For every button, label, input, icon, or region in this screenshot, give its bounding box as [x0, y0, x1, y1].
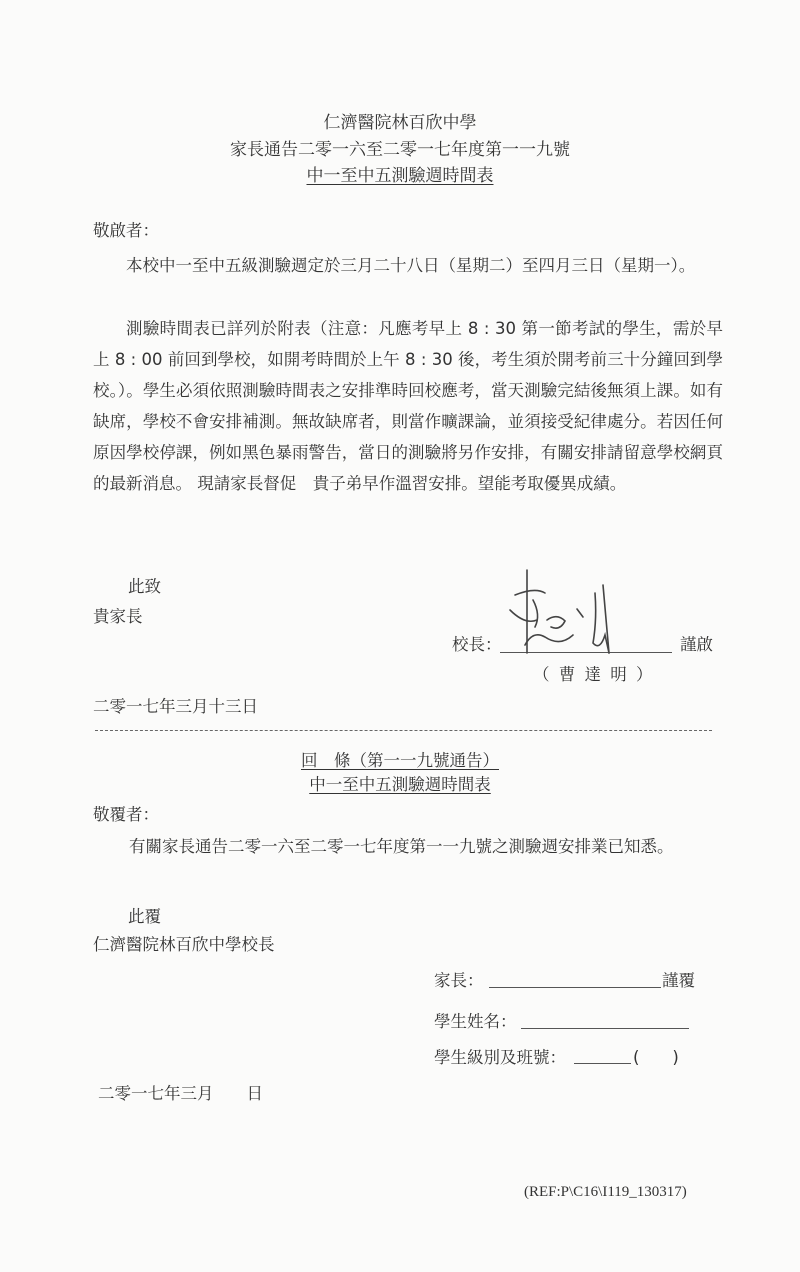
reply-slip-title: 回 條（第一一九號通告） — [0, 747, 800, 771]
reply-body: 有關家長通告二零一六至二零一七年度第一一九號之測驗週安排業已知悉。 — [129, 833, 674, 857]
parent-label: 家長： — [434, 967, 484, 991]
reply-slip-title-text: 回 條（第一一九號通告） — [301, 751, 499, 770]
reply-slip-subject: 中一至中五測驗週時間表 — [0, 771, 800, 795]
paragraph-test-rules: 測驗時間表已詳列於附表（注意：凡應考早上 8 : 30 第一節考試的學生，需於早… — [93, 313, 723, 499]
reply-closing: 此覆 — [128, 903, 161, 927]
recipient: 貴家長 — [93, 603, 143, 627]
parent-suffix: 謹覆 — [662, 967, 695, 991]
reference-code: (REF:P\C16\I119_130317) — [524, 1184, 687, 1201]
notice-subject: 中一至中五測驗週時間表 — [0, 161, 800, 186]
principal-suffix: 謹啟 — [680, 631, 713, 655]
student-name-field[interactable] — [521, 1028, 689, 1029]
principal-name: （ 曹 達 明 ） — [533, 661, 654, 685]
cut-line — [95, 730, 712, 731]
notice-subject-text: 中一至中五測驗週時間表 — [307, 166, 494, 186]
parent-signature-field[interactable] — [489, 987, 661, 988]
reply-salutation: 敬覆者： — [93, 801, 159, 825]
principal-label: 校長： — [452, 631, 502, 655]
class-label: 學生級別及班號： — [434, 1044, 566, 1068]
class-field[interactable] — [574, 1063, 631, 1064]
reply-slip-subject-text: 中一至中五測驗週時間表 — [309, 775, 491, 794]
student-name-label: 學生姓名： — [434, 1008, 517, 1032]
closing: 此致 — [128, 573, 161, 597]
reply-date: 二零一七年三月 日 — [98, 1080, 263, 1104]
reply-recipient: 仁濟醫院林百欣中學校長 — [93, 931, 275, 955]
letter-date: 二零一七年三月十三日 — [93, 693, 258, 717]
notice-number: 家長通告二零一六至二零一七年度第一一九號 — [0, 135, 800, 160]
principal-signature — [505, 565, 645, 655]
class-number-field[interactable]: ( ) — [633, 1044, 679, 1068]
paragraph-test-dates: 本校中一至中五級測驗週定於三月二十八日（星期二）至四月三日（星期一）。 — [93, 250, 723, 281]
salutation: 敬啟者： — [93, 217, 159, 241]
school-name: 仁濟醫院林百欣中學 — [0, 108, 800, 133]
